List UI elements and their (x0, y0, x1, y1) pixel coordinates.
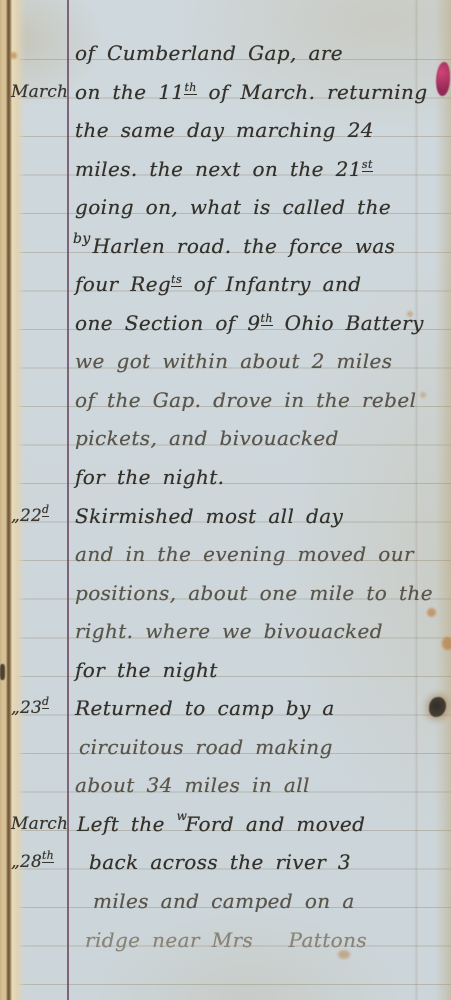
entry-line: circuitous road making (0, 728, 451, 767)
text-run: of March. returning (197, 80, 428, 104)
text-run: Ford and moved (185, 812, 365, 836)
text-run: Skirmished most all day (75, 504, 343, 528)
handwritten-text: about 34 miles in all (75, 773, 310, 797)
text-run: Left the (77, 812, 177, 836)
superscript: ts (171, 273, 182, 287)
handwritten-text: four Regts of Infantry and (75, 272, 361, 296)
handwritten-text: going on, what is called the (75, 195, 391, 219)
handwritten-text: Left the wFord and moved (77, 812, 365, 836)
entry-line: byHarlen road. the force was (0, 227, 451, 266)
text-run: pickets, and bivouacked (75, 426, 339, 450)
entry-line: „23dReturned to camp by a (0, 689, 451, 728)
margin-date: „28th (11, 843, 69, 882)
entry-line: for the night. (0, 458, 451, 497)
handwritten-text: for the night (75, 658, 218, 682)
entry-line: miles and camped on a (0, 882, 451, 921)
text-run: „28 (11, 852, 42, 872)
text-run: for the night. (75, 465, 224, 489)
text-run: Harlen road. the force was (93, 234, 396, 258)
entry-line: Marchon the 11th of March. returning (0, 73, 451, 112)
text-run: of Cumberland Gap, are (75, 41, 343, 65)
superscript: th (42, 849, 54, 863)
text-run: „23 (11, 698, 42, 718)
text-run: of the Gap. drove in the rebel (75, 388, 416, 412)
margin-date: March (11, 73, 69, 112)
superscript: d (42, 695, 49, 709)
text-run: positions, about one mile to the (75, 581, 433, 605)
entry-line: ridge near Mrs Pattons (0, 921, 451, 960)
text-run: March (11, 814, 68, 834)
text-run: Ohio Battery (273, 311, 424, 335)
text-run: on the 11 (75, 80, 184, 104)
handwritten-text: ridge near Mrs Pattons (85, 928, 367, 952)
entry-line: one Section of 9th Ohio Battery (0, 304, 451, 343)
superscript: th (261, 312, 273, 326)
handwritten-text: of the Gap. drove in the rebel (75, 388, 416, 412)
text-run: circuitous road making (79, 735, 333, 759)
superscript: d (42, 503, 49, 517)
handwritten-text: miles and camped on a (93, 889, 355, 913)
handwritten-text: back across the river 3 (89, 850, 351, 874)
text-run: miles. the next on the 21 (75, 157, 362, 181)
entry-line: four Regts of Infantry and (0, 265, 451, 304)
text-run: ridge near Mrs Pattons (85, 928, 367, 952)
text-run: about 34 miles in all (75, 773, 310, 797)
text-run: and in the evening moved our (75, 542, 414, 566)
handwritten-text: pickets, and bivouacked (75, 426, 339, 450)
entry-line: of Cumberland Gap, are (0, 34, 451, 73)
entry-line: about 34 miles in all (0, 766, 451, 805)
margin-date: „23d (11, 689, 69, 728)
entry-line: „28thback across the river 3 (0, 843, 451, 882)
handwritten-text: miles. the next on the 21st (75, 157, 373, 181)
text-run: March (11, 82, 68, 102)
entry-line: of the Gap. drove in the rebel (0, 381, 451, 420)
handwritten-text: Skirmished most all day (75, 504, 343, 528)
entry-line: right. where we bivouacked (0, 612, 451, 651)
handwritten-text: byHarlen road. the force was (75, 234, 395, 258)
text-run: right. where we bivouacked (75, 619, 383, 643)
entry-line: for the night (0, 651, 451, 690)
handwritten-text: one Section of 9th Ohio Battery (75, 311, 424, 335)
handwritten-text: positions, about one mile to the (75, 581, 433, 605)
handwritten-text: the same day marching 24 (75, 118, 374, 142)
margin-date: „22d (11, 497, 69, 536)
interlinear-insertion: by (73, 231, 91, 247)
entry-lines: of Cumberland Gap, areMarchon the 11th o… (0, 0, 451, 1000)
handwritten-text: for the night. (75, 465, 224, 489)
text-run: four Reg (75, 272, 171, 296)
text-run: back across the river 3 (89, 850, 351, 874)
entry-line: the same day marching 24 (0, 111, 451, 150)
entry-line: and in the evening moved our (0, 535, 451, 574)
text-run: the same day marching 24 (75, 118, 374, 142)
text-run: Returned to camp by a (75, 696, 335, 720)
handwritten-text: we got within about 2 miles (75, 349, 392, 373)
entry-line: going on, what is called the (0, 188, 451, 227)
entry-line: miles. the next on the 21st (0, 150, 451, 189)
entry-line: MarchLeft the wFord and moved (0, 805, 451, 844)
entry-line: we got within about 2 miles (0, 342, 451, 381)
text-run: we got within about 2 miles (75, 349, 392, 373)
entry-line: „22dSkirmished most all day (0, 497, 451, 536)
handwritten-text: circuitous road making (79, 735, 333, 759)
text-run: one Section of 9 (75, 311, 261, 335)
margin-date: March (11, 805, 69, 844)
handwritten-text: Returned to camp by a (75, 696, 335, 720)
handwritten-text: of Cumberland Gap, are (75, 41, 343, 65)
text-run: „22 (11, 506, 42, 526)
text-run: miles and camped on a (93, 889, 355, 913)
superscript: st (362, 158, 373, 172)
journal-page: of Cumberland Gap, areMarchon the 11th o… (0, 0, 451, 1000)
handwritten-text: right. where we bivouacked (75, 619, 383, 643)
entry-line: pickets, and bivouacked (0, 419, 451, 458)
handwritten-text: and in the evening moved our (75, 542, 414, 566)
text-run: of Infantry and (182, 272, 361, 296)
text-run: for the night (75, 658, 218, 682)
entry-line: positions, about one mile to the (0, 574, 451, 613)
superscript: th (184, 81, 196, 95)
text-run: going on, what is called the (75, 195, 391, 219)
handwritten-text: on the 11th of March. returning (75, 80, 428, 104)
